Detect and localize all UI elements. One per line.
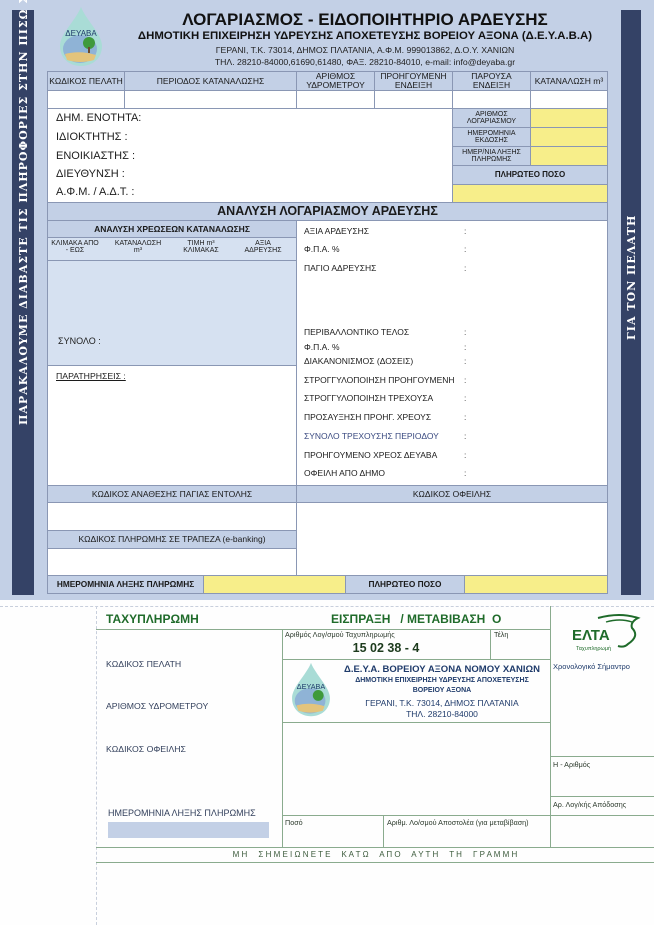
summary-area: [296, 220, 608, 486]
svg-text:Ταχυπληρωμή: Ταχυπληρωμή: [576, 645, 611, 652]
org-address: ΓΕΡΑΝΙ, Τ.Κ. 73014, ΔΗΜΟΣ ΠΛΑΤΑΝΙΑ: [334, 698, 550, 708]
debt-code-label: ΚΩΔΙΚΟΣ ΟΦΕΙΛΗΣ: [296, 485, 608, 503]
company-contact: ΤΗΛ. 28210-84000,61690,61480, ΦΑΞ. 28210…: [110, 57, 620, 67]
col-tier-value: ΑΞΙΑ ΑΔΡΕΥΣΗΣ: [236, 240, 290, 254]
remarks-area: [47, 365, 297, 486]
charges-rows-area: [47, 260, 297, 366]
standing-order-label: ΚΩΔΙΚΟΣ ΑΝΑΘΕΣΗΣ ΠΑΓΙΑΣ ΕΝΤΟΛΗΣ: [47, 485, 297, 503]
svg-text:ΔΕΥΑΒΑ: ΔΕΥΑΒΑ: [65, 29, 97, 38]
summary-installments-label: ΔΙΑΚΑΝΟΝΙΣΜΟΣ (ΔΟΣΕΙΣ): [304, 356, 413, 366]
col-meter-number: ΑΡΙΘΜΟΣ ΥΔΡΟΜΕΤΡΟΥ: [296, 71, 375, 91]
col-tier-price: ΤΙΜΗ m³ ΚΛΙΜΑΚΑΣ: [178, 240, 224, 254]
ebanking-value: [47, 548, 297, 576]
amount-due-value: [452, 184, 608, 203]
remarks-label: ΠΑΡΑΤΗΡΗΣΕΙΣ :: [56, 371, 126, 381]
bill-title: ΛΟΓΑΡΙΑΣΜΟΣ - ΕΙΔΟΠΟΙΗΤΗΡΙΟ ΑΡΔΕΥΣΗΣ: [110, 10, 620, 30]
left-banner: ΠΑΡΑΚΑΛΟΥΜΕ ΔΙΑΒΑΣΤΕ ΤΙΣ ΠΛΗΡΟΦΟΡΙΕΣ ΣΤΗ…: [12, 10, 34, 595]
coupon-mode: ΕΙΣΠΡΑΞΗ / ΜΕΤΑΒΙΒΑΣΗ Ο: [331, 612, 501, 626]
due-date-label: ΗΜΕΡ/ΝΙΑ ΛΗΞΗΣ ΠΛΗΡΩΜΗΣ: [452, 146, 531, 166]
summary-municipal-debt-label: ΟΦΕΙΛΗ ΑΠΟ ΔΗΜΟ: [304, 468, 385, 478]
sender-account-label: Αριθμ. Λο/σμού Αποστολέα (για μεταβίβαση…: [387, 818, 529, 827]
summary-vat2-label: Φ.Π.Α. %: [304, 342, 340, 352]
tear-line-vertical: [96, 606, 97, 925]
meter-number-value: [296, 90, 375, 109]
footer-amount-label: ΠΛΗΡΩΤΕΟ ΠΟΣΟ: [345, 575, 465, 594]
coupon-due-date-field: [108, 822, 269, 838]
footer-due-date-label: ΗΜΕΡΟΜΗΝΙΑ ΛΗΞΗΣ ΠΛΗΡΩΜΗΣ: [47, 575, 204, 594]
right-banner: ΓΙΑ ΤΟΝ ΠΕΛΑΤΗ: [621, 10, 641, 595]
account-number-label: Αριθμός Λογ/σμού Ταχυπληρωμής: [285, 630, 395, 639]
current-reading-value: [452, 90, 531, 109]
footer-amount-value: [464, 575, 608, 594]
due-date-value: [530, 146, 608, 166]
amount-label: Ποσό: [285, 818, 303, 827]
coupon-title: ΤΑΧΥΠΛΗΡΩΜΗ: [106, 612, 199, 626]
footer-due-date-value: [203, 575, 346, 594]
customer-code-value: [47, 90, 125, 109]
meter-number-label: ΑΡΙΘΜΟΣ ΥΔΡΟΜΕΤΡΟΥ: [106, 701, 208, 711]
org-sub1: ΔΗΜΟΤΙΚΗ ΕΠΙΧΕΙΡΗΣΗ ΥΔΡΕΥΣΗΣ ΑΠΟΧΕΤΕΥΣΗΣ: [334, 677, 550, 684]
coupon-logo: ΔΕΥΑΒΑ: [288, 662, 334, 718]
account-number-label: ΑΡΙΘΜΟΣ ΛΟΓΑΡΙΑΣΜΟΥ: [452, 108, 531, 128]
col-tier-consumption: ΚΑΤΑΝΑΛΩΣΗ m³: [110, 240, 166, 254]
summary-rounding-curr-label: ΣΤΡΟΓΓΥΛΟΠΟΙΗΣΗ ΤΡΕΧΟΥΣΑ: [304, 393, 433, 403]
account-number-value: [530, 108, 608, 128]
org-phone: ΤΗΛ. 28210-84000: [334, 709, 550, 719]
org-name: Δ.Ε.Υ.Α. ΒΟΡΕΙΟΥ ΑΞΟΝΑ ΝΟΜΟΥ ΧΑΝΙΩΝ: [334, 664, 550, 675]
receipt-label: Αρ. Λογ/κής Απόδοσης: [553, 800, 626, 809]
elta-logo: ΕΛΤΑ Ταχυπληρωμή: [560, 610, 650, 658]
charges-title: ΑΝΑΛΥΣΗ ΧΡΕΩΣΕΩΝ ΚΑΤΑΝΑΛΩΣΗΣ: [47, 220, 297, 238]
account-number: 15 02 38 - 4: [282, 641, 490, 655]
amount-due-label: ΠΛΗΡΩΤΕΟ ΠΟΣΟ: [452, 165, 608, 185]
col-consumption-period: ΠΕΡΙΟΔΟΣ ΚΑΤΑΝΑΛΩΣΗΣ: [124, 71, 297, 91]
h-number-label: Η - Αριθμός: [553, 760, 590, 769]
right-banner-text: ΓΙΑ ΤΟΝ ΠΕΛΑΤΗ: [625, 215, 638, 340]
summary-env-fee-label: ΠΕΡΙΒΑΛΛΟΝΤΙΚΟ ΤΕΛΟΣ: [304, 327, 409, 337]
summary-fixed-charge-label: ΠΑΓΙΟ ΑΔΡΕΥΣΗΣ: [304, 263, 376, 273]
deyaba-logo: ΔΕΥΑΒΑ: [56, 6, 106, 68]
tear-line: [0, 606, 654, 607]
charges-total-label: ΣΥΝΟΛΟ :: [58, 336, 101, 346]
analysis-title: ΑΝΑΛΥΣΗ ΛΟΓΑΡΙΑΣΜΟΥ ΑΡΔΕΥΣΗΣ: [47, 202, 608, 221]
issue-date-value: [530, 127, 608, 147]
owner-label: ΙΔΙΟΚΤΗΤΗΣ :: [56, 131, 128, 143]
company-address: ΓΕΡΑΝΙ, Τ.Κ. 73014, ΔΗΜΟΣ ΠΛΑΤΑΝΙΑ, Α.Φ.…: [110, 45, 620, 55]
summary-vat-label: Φ.Π.Α. %: [304, 244, 340, 254]
org-sub2: ΒΟΡΕΙΟΥ ΑΞΟΝΑ: [334, 687, 550, 694]
customer-code-label: ΚΩΔΙΚΟΣ ΠΕΛΑΤΗ: [106, 659, 181, 669]
tax-id-label: Α.Φ.Μ. / Α.Δ.Τ. :: [56, 186, 134, 198]
summary-period-total-label: ΣΥΝΟΛΟ ΤΡΕΧΟΥΣΗΣ ΠΕΡΙΟΔΟΥ: [304, 431, 439, 441]
svg-text:ΕΛΤΑ: ΕΛΤΑ: [572, 627, 610, 644]
consumption-period-value: [124, 90, 297, 109]
col-previous-reading: ΠΡΟΗΓΟΥΜΕΝΗ ΕΝΔΕΙΞΗ: [374, 71, 453, 91]
consumption-value: [530, 90, 608, 109]
bottom-notice: Μ Η Σ Η Μ Ε Ι Ω Ν Ε Τ Ε Κ Α Τ Ω Α Π Ο Α …: [96, 850, 654, 859]
summary-irrigation-value-label: ΑΞΙΑ ΑΡΔΕΥΣΗΣ: [304, 226, 369, 236]
address-label: ΔΙΕΥΘΥΝΣΗ :: [56, 168, 125, 180]
col-current-reading: ΠΑΡΟΥΣΑ ΕΝΔΕΙΞΗ: [452, 71, 531, 91]
ebanking-label: ΚΩΔΙΚΟΣ ΠΛΗΡΩΜΗΣ ΣΕ ΤΡΑΠΕΖΑ (e-banking): [47, 530, 297, 549]
debt-code-label-coupon: ΚΩΔΙΚΟΣ ΟΦΕΙΛΗΣ: [106, 744, 186, 754]
tenant-label: ΕΝΟΙΚΙΑΣΤΗΣ :: [56, 150, 135, 162]
company-name: ΔΗΜΟΤΙΚΗ ΕΠΙΧΕΙΡΗΣΗ ΥΔΡΕΥΣΗΣ ΑΠΟΧΕΤΕΥΣΗΣ…: [110, 30, 620, 42]
timestamp-label: Χρονολογικό Σήμαντρο: [553, 662, 630, 671]
standing-order-value: [47, 502, 297, 531]
previous-reading-value: [374, 90, 453, 109]
summary-rounding-prev-label: ΣΤΡΟΓΓΥΛΟΠΟΙΗΣΗ ΠΡΟΗΓΟΥΜΕΝΗ: [304, 375, 455, 385]
summary-prev-debt-label: ΠΡΟΗΓΟΥΜΕΝΟ ΧΡΕΟΣ ΔΕΥΑΒΑ: [304, 450, 437, 460]
issue-date-label: ΗΜΕΡΟΜΗΝΙΑ ΕΚΔΟΣΗΣ: [452, 127, 531, 147]
col-tier-range: ΚΛΙΜΑΚΑ ΑΠΟ - ΕΩΣ: [50, 240, 100, 254]
svg-text:ΔΕΥΑΒΑ: ΔΕΥΑΒΑ: [297, 682, 326, 691]
col-consumption: ΚΑΤΑΝΑΛΩΣΗ m³: [530, 71, 608, 91]
col-customer-code: ΚΩΔΙΚΟΣ ΠΕΛΑΤΗ: [47, 71, 125, 91]
debt-code-value: [296, 502, 608, 576]
municipal-unit-label: ΔΗΜ. ΕΝΟΤΗΤΑ:: [56, 112, 141, 124]
coupon-due-date-label: ΗΜΕΡΟΜΗΝΙΑ ΛΗΞΗΣ ΠΛΗΡΩΜΗΣ: [108, 808, 256, 818]
summary-surcharge-label: ΠΡΟΣΑΥΞΗΣΗ ΠΡΟΗΓ. ΧΡΕΟΥΣ: [304, 412, 431, 422]
fees-label: Τέλη: [494, 630, 508, 639]
left-banner-text: ΠΑΡΑΚΑΛΟΥΜΕ ΔΙΑΒΑΣΤΕ ΤΙΣ ΠΛΗΡΟΦΟΡΙΕΣ ΣΤΗ…: [17, 0, 30, 425]
